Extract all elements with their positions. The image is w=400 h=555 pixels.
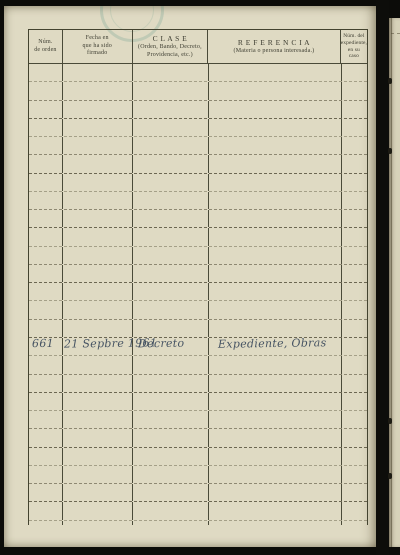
table-cell-clase bbox=[133, 101, 209, 118]
table-cell-fecha bbox=[63, 283, 133, 300]
table-cell-clase bbox=[133, 466, 209, 483]
table-row bbox=[29, 64, 367, 82]
table-row bbox=[29, 393, 367, 411]
table-cell-orden bbox=[29, 320, 63, 337]
table-cell-clase bbox=[133, 174, 209, 191]
col-header-orden: Núm. de orden bbox=[29, 30, 63, 63]
table-cell-referencia bbox=[209, 174, 342, 191]
table-body: 66121 Sepbre 1961DecretoExpediente, Obra… bbox=[29, 64, 367, 521]
table-cell-referencia bbox=[209, 356, 342, 373]
table-cell-expediente bbox=[342, 393, 367, 410]
registry-table: Núm. de orden Fecha en que ha sido firma… bbox=[28, 29, 368, 525]
table-cell-orden bbox=[29, 502, 63, 519]
table-row bbox=[29, 411, 367, 429]
table-cell-expediente bbox=[342, 448, 367, 465]
scanned-ledger-photo: Núm. de orden Fecha en que ha sido firma… bbox=[0, 0, 400, 555]
table-cell-fecha bbox=[63, 429, 133, 446]
table-cell-referencia bbox=[209, 210, 342, 227]
table-cell-clase bbox=[133, 192, 209, 209]
table-cell-expediente bbox=[342, 82, 367, 99]
table-cell-clase bbox=[133, 411, 209, 428]
table-cell-fecha bbox=[63, 393, 133, 410]
table-cell-orden bbox=[29, 301, 63, 318]
table-row bbox=[29, 82, 367, 100]
table-cell-clase bbox=[133, 448, 209, 465]
table-cell-fecha bbox=[63, 101, 133, 118]
table-cell-referencia bbox=[209, 502, 342, 519]
ledger-page: Núm. de orden Fecha en que ha sido firma… bbox=[4, 6, 376, 547]
table-cell-referencia bbox=[209, 375, 342, 392]
table-cell-expediente bbox=[342, 283, 367, 300]
binding-stitch bbox=[388, 473, 392, 479]
table-cell-clase bbox=[133, 155, 209, 172]
table-row bbox=[29, 174, 367, 192]
table-cell-orden bbox=[29, 356, 63, 373]
table-cell-orden bbox=[29, 247, 63, 264]
table-row bbox=[29, 320, 367, 338]
table-cell-referencia bbox=[209, 64, 342, 81]
table-cell-referencia bbox=[209, 82, 342, 99]
table-cell-clase bbox=[133, 393, 209, 410]
table-cell-orden bbox=[29, 466, 63, 483]
table-cell-referencia bbox=[209, 137, 342, 154]
table-cell-referencia bbox=[209, 155, 342, 172]
adjacent-page-edge bbox=[389, 18, 400, 547]
table-cell-clase bbox=[133, 484, 209, 501]
table-cell-expediente bbox=[342, 466, 367, 483]
table-cell-expediente bbox=[342, 64, 367, 81]
table-row bbox=[29, 247, 367, 265]
table-row bbox=[29, 155, 367, 173]
table-row bbox=[29, 484, 367, 502]
table-cell-expediente bbox=[342, 210, 367, 227]
table-cell-clase: Decreto bbox=[133, 338, 209, 355]
table-cell-expediente bbox=[342, 192, 367, 209]
table-cell-orden bbox=[29, 192, 63, 209]
table-cell-fecha bbox=[63, 320, 133, 337]
table-cell-orden: 661 bbox=[29, 338, 63, 355]
table-cell-expediente bbox=[342, 174, 367, 191]
table-row bbox=[29, 265, 367, 283]
table-cell-expediente bbox=[342, 265, 367, 282]
table-cell-fecha bbox=[63, 82, 133, 99]
table-cell-clase bbox=[133, 429, 209, 446]
table-cell-fecha bbox=[63, 64, 133, 81]
col-header-referencia-subtitle: (Materia o persona interesada.) bbox=[234, 48, 315, 56]
table-cell-fecha bbox=[63, 174, 133, 191]
table-cell-fecha bbox=[63, 137, 133, 154]
table-cell-clase bbox=[133, 283, 209, 300]
table-cell-clase bbox=[133, 228, 209, 245]
handwritten-clase: Decreto bbox=[138, 337, 185, 351]
col-header-referencia-title: R E F E R E N C I A bbox=[238, 38, 310, 47]
table-cell-fecha bbox=[63, 301, 133, 318]
table-cell-fecha bbox=[63, 448, 133, 465]
table-cell-referencia bbox=[209, 429, 342, 446]
col-header-clase-subtitle: (Orden, Bando, Decreto, Providencia, etc… bbox=[138, 44, 202, 59]
table-row: 66121 Sepbre 1961DecretoExpediente, Obra… bbox=[29, 338, 367, 356]
table-cell-expediente bbox=[342, 429, 367, 446]
table-cell-referencia bbox=[209, 247, 342, 264]
table-cell-referencia bbox=[209, 411, 342, 428]
table-cell-clase bbox=[133, 247, 209, 264]
table-cell-clase bbox=[133, 301, 209, 318]
table-cell-orden bbox=[29, 283, 63, 300]
table-row bbox=[29, 192, 367, 210]
table-cell-expediente bbox=[342, 101, 367, 118]
handwritten-orden: 661 bbox=[32, 337, 54, 350]
table-cell-fecha bbox=[63, 411, 133, 428]
table-cell-orden bbox=[29, 101, 63, 118]
table-cell-expediente bbox=[342, 411, 367, 428]
table-cell-orden bbox=[29, 484, 63, 501]
table-cell-clase bbox=[133, 64, 209, 81]
table-cell-referencia bbox=[209, 265, 342, 282]
table-cell-referencia bbox=[209, 228, 342, 245]
col-header-clase: C L A S E (Orden, Bando, Decreto, Provid… bbox=[133, 30, 209, 63]
table-row bbox=[29, 356, 367, 374]
table-cell-expediente bbox=[342, 155, 367, 172]
table-row bbox=[29, 466, 367, 484]
table-cell-referencia bbox=[209, 283, 342, 300]
table-row bbox=[29, 429, 367, 447]
table-cell-fecha bbox=[63, 502, 133, 519]
table-row bbox=[29, 502, 367, 520]
table-cell-referencia: Expediente, Obras bbox=[209, 338, 342, 355]
table-cell-expediente bbox=[342, 119, 367, 136]
table-cell-clase bbox=[133, 137, 209, 154]
table-cell-clase bbox=[133, 375, 209, 392]
col-header-expediente-label: Núm. del expediente, en su caso bbox=[341, 33, 367, 59]
table-cell-fecha bbox=[63, 192, 133, 209]
table-cell-fecha bbox=[63, 375, 133, 392]
table-cell-expediente bbox=[342, 320, 367, 337]
table-cell-referencia bbox=[209, 119, 342, 136]
binding-stitch bbox=[388, 148, 392, 154]
table-row bbox=[29, 375, 367, 393]
table-cell-expediente bbox=[342, 301, 367, 318]
table-cell-fecha bbox=[63, 466, 133, 483]
table-row bbox=[29, 228, 367, 246]
binding-stitch bbox=[388, 418, 392, 424]
col-header-orden-label: Núm. de orden bbox=[34, 39, 56, 54]
table-row bbox=[29, 101, 367, 119]
table-cell-fecha bbox=[63, 210, 133, 227]
table-cell-clase bbox=[133, 502, 209, 519]
table-cell-fecha bbox=[63, 228, 133, 245]
table-cell-clase bbox=[133, 210, 209, 227]
table-cell-expediente bbox=[342, 247, 367, 264]
table-row bbox=[29, 448, 367, 466]
table-cell-referencia bbox=[209, 301, 342, 318]
table-cell-referencia bbox=[209, 101, 342, 118]
table-cell-orden bbox=[29, 64, 63, 81]
table-header-row: Núm. de orden Fecha en que ha sido firma… bbox=[29, 30, 367, 64]
table-cell-fecha: 21 Sepbre 1961 bbox=[63, 338, 133, 355]
col-header-clase-title: C L A S E bbox=[153, 34, 188, 43]
table-cell-fecha bbox=[63, 484, 133, 501]
table-row bbox=[29, 119, 367, 137]
table-cell-fecha bbox=[63, 119, 133, 136]
table-cell-expediente bbox=[342, 338, 367, 355]
table-row bbox=[29, 210, 367, 228]
table-cell-orden bbox=[29, 82, 63, 99]
table-cell-fecha bbox=[63, 247, 133, 264]
table-cell-orden bbox=[29, 137, 63, 154]
table-cell-orden bbox=[29, 228, 63, 245]
col-header-fecha-label: Fecha en que ha sido firmado bbox=[82, 35, 112, 58]
table-cell-expediente bbox=[342, 484, 367, 501]
table-cell-orden bbox=[29, 119, 63, 136]
table-cell-expediente bbox=[342, 375, 367, 392]
table-cell-referencia bbox=[209, 393, 342, 410]
table-cell-orden bbox=[29, 411, 63, 428]
table-row bbox=[29, 283, 367, 301]
table-cell-orden bbox=[29, 174, 63, 191]
table-cell-orden bbox=[29, 375, 63, 392]
col-header-fecha: Fecha en que ha sido firmado bbox=[63, 30, 133, 63]
table-row bbox=[29, 301, 367, 319]
table-cell-fecha bbox=[63, 356, 133, 373]
table-cell-orden bbox=[29, 429, 63, 446]
col-header-expediente: Núm. del expediente, en su caso bbox=[341, 30, 367, 63]
handwritten-referencia: Expediente, Obras bbox=[218, 336, 327, 351]
table-cell-orden bbox=[29, 393, 63, 410]
table-cell-orden bbox=[29, 155, 63, 172]
table-cell-referencia bbox=[209, 192, 342, 209]
table-cell-referencia bbox=[209, 484, 342, 501]
table-cell-clase bbox=[133, 320, 209, 337]
table-cell-clase bbox=[133, 356, 209, 373]
table-cell-fecha bbox=[63, 265, 133, 282]
table-cell-clase bbox=[133, 82, 209, 99]
table-cell-clase bbox=[133, 265, 209, 282]
col-header-referencia: R E F E R E N C I A (Materia o persona i… bbox=[208, 30, 340, 63]
table-cell-fecha bbox=[63, 155, 133, 172]
grid-line-tails bbox=[29, 521, 367, 525]
table-cell-orden bbox=[29, 448, 63, 465]
table-cell-orden bbox=[29, 265, 63, 282]
table-cell-referencia bbox=[209, 448, 342, 465]
table-cell-expediente bbox=[342, 502, 367, 519]
table-cell-expediente bbox=[342, 228, 367, 245]
table-cell-expediente bbox=[342, 137, 367, 154]
table-cell-referencia bbox=[209, 466, 342, 483]
table-cell-clase bbox=[133, 119, 209, 136]
table-cell-expediente bbox=[342, 356, 367, 373]
table-cell-orden bbox=[29, 210, 63, 227]
table-cell-referencia bbox=[209, 320, 342, 337]
book-gutter-shadow bbox=[376, 0, 389, 555]
binding-stitch bbox=[388, 78, 392, 84]
table-row bbox=[29, 137, 367, 155]
